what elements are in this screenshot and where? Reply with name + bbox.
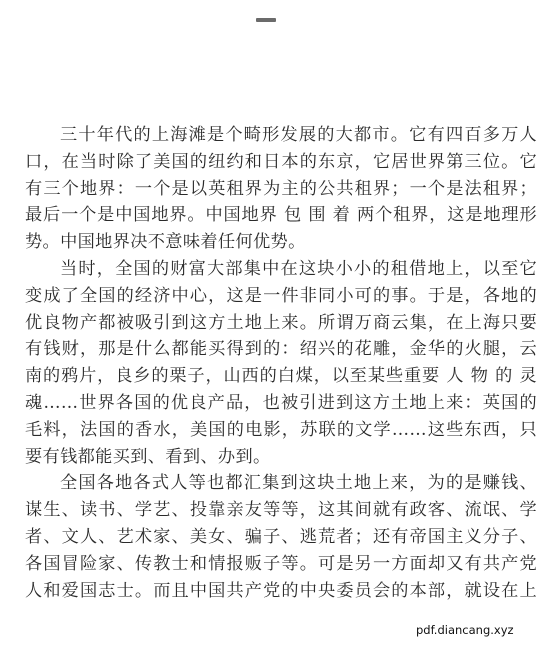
paragraph-2-line-8: 要有钱都能买到、看到、办到。	[25, 444, 537, 471]
paragraph-1-line-3: 有三个地界：一个是以英租界为主的公共租界；一个是法租界；	[25, 176, 537, 203]
paragraph-2-line-3: 优良物产都被吸引到这方土地上来。所谓万商云集，在上海只要	[25, 310, 537, 337]
paragraph-2-line-5: 南的鸦片，良乡的栗子，山西的白煤，以至某些重要 人 物 的 灵	[25, 363, 537, 390]
paragraph-2-line-4: 有钱财，那是什么都能买得到的：绍兴的花雕，金华的火腿，云	[25, 336, 537, 363]
paragraph-1-line-2: 口，在当时除了美国的纽约和日本的东京，它居世界第三位。它	[25, 149, 537, 176]
paragraph-2-line-2: 变成了全国的经济中心，这是一件非同小可的事。于是，各地的	[25, 283, 537, 310]
paragraph-2-line-6: 魂……世界各国的优良产品，也被引进到这方土地上来：英国的	[25, 390, 537, 417]
body-text: 三十年代的上海滩是个畸形发展的大都市。它有四百多万人 口，在当时除了美国的纽约和…	[25, 122, 537, 604]
paragraph-3-line-1: 全国各地各式人等也都汇集到这块土地上来，为的是赚钱、	[25, 470, 537, 497]
paragraph-3-line-2: 谋生、读书、学艺、投靠亲友等等，这其间就有政客、流氓、学	[25, 497, 537, 524]
page-header-mark	[256, 18, 276, 22]
paragraph-2-line-7: 毛料，法国的香水，美国的电影，苏联的文学……这些东西，只	[25, 417, 537, 444]
paragraph-1-line-1: 三十年代的上海滩是个畸形发展的大都市。它有四百多万人	[25, 122, 537, 149]
paragraph-1-line-5: 势。中国地界决不意味着任何优势。	[25, 229, 537, 256]
paragraph-2-line-1: 当时，全国的财富大部集中在这块小小的租借地上，以至它	[25, 256, 537, 283]
watermark-text: pdf.diancang.xyz	[416, 623, 514, 637]
paragraph-3-line-4: 各国冒险家、传教士和情报贩子等。可是另一方面却又有共产党	[25, 551, 537, 578]
paragraph-1-line-4: 最后一个是中国地界。中国地界 包 围 着 两个租界，这是地理形	[25, 202, 537, 229]
paragraph-3-line-5: 人和爱国志士。而且中国共产党的中央委员会的本部，就设在上	[25, 578, 537, 605]
paragraph-3-line-3: 者、文人、艺术家、美女、骗子、逃荒者；还有帝国主义分子、	[25, 524, 537, 551]
